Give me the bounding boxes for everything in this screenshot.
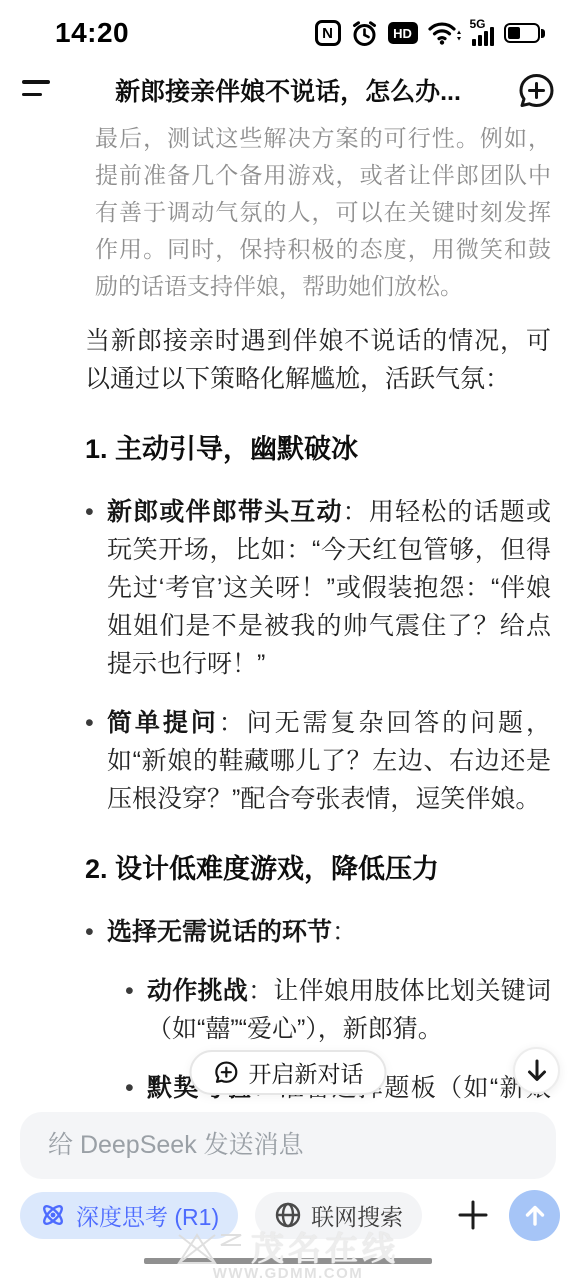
status-time: 14:20 xyxy=(55,17,129,49)
deep-think-label: 深度思考 (R1) xyxy=(76,1199,219,1232)
menu-icon[interactable] xyxy=(22,80,52,100)
bullet-dot: • xyxy=(125,1069,147,1105)
new-chat-bubble-icon[interactable] xyxy=(514,69,558,113)
message-input-bar xyxy=(20,1112,556,1179)
new-chat-label: 开启新对话 xyxy=(249,1056,364,1089)
deep-think-toggle[interactable]: 深度思考 (R1) xyxy=(20,1192,238,1239)
atom-icon xyxy=(39,1201,67,1229)
status-icons: N HD xyxy=(315,20,546,47)
battery-icon xyxy=(504,23,546,43)
wifi-icon xyxy=(428,20,462,46)
new-chat-bubble-icon xyxy=(213,1059,240,1086)
chat-title: 新郎接亲伴娘不说话，怎么办... xyxy=(0,72,576,108)
reasoning-block: 最后，测试这些解决方案的可行性。例如，提前准备几个备用游戏，或者让伴郎团队中有善… xyxy=(85,120,551,305)
bullet-dot: • xyxy=(125,972,147,1048)
section-1-heading: 1. 主动引导，幽默破冰 xyxy=(85,431,551,467)
new-chat-button[interactable]: 开启新对话 xyxy=(190,1050,387,1095)
web-search-toggle[interactable]: 联网搜索 xyxy=(255,1192,422,1239)
bullet-dot: • xyxy=(85,493,107,683)
app-header: 新郎接亲伴娘不说话，怎么办... xyxy=(0,60,576,120)
watermark-url: WWW.GDMM.COM xyxy=(128,1265,448,1280)
sub-list-item: • 动作挑战：让伴娘用肢体比划关键词（如“囍”“爱心”），新郎猜。 xyxy=(125,972,551,1048)
nfc-icon: N xyxy=(315,20,341,46)
attach-plus-icon[interactable] xyxy=(453,1195,493,1235)
message-input[interactable] xyxy=(20,1112,556,1179)
bullet-dot: • xyxy=(85,704,107,818)
up-arrow-icon xyxy=(522,1202,548,1228)
scroll-to-bottom-button[interactable] xyxy=(513,1047,560,1094)
bullet-dot: • xyxy=(85,913,107,951)
web-search-label: 联网搜索 xyxy=(311,1199,403,1232)
answer-intro: 当新郎接亲时遇到伴娘不说话的情况，可以通过以下策略化解尴尬，活跃气氛： xyxy=(85,322,551,398)
list-item: • 简单提问：问无需复杂回答的问题，如“新娘的鞋藏哪儿了？左边、右边还是压根没穿… xyxy=(85,704,551,818)
cellular-signal-icon: 5G xyxy=(472,20,494,46)
alarm-clock-icon xyxy=(351,20,378,47)
globe-icon xyxy=(274,1201,302,1229)
composer-toolbar: 深度思考 (R1) 联网搜索 xyxy=(20,1190,560,1240)
section-2-heading: 2. 设计低难度游戏，降低压力 xyxy=(85,851,551,887)
assistant-message: 最后，测试这些解决方案的可行性。例如，提前准备几个备用游戏，或者让伴郎团队中有善… xyxy=(85,120,551,1105)
status-bar: 14:20 N HD xyxy=(0,0,576,60)
list-item: • 新郎或伴郎带头互动：用轻松的话题或玩笑开场，比如：“今天红包管够，但得先过‘… xyxy=(85,493,551,683)
down-arrow-icon xyxy=(524,1058,550,1084)
phone-screen: 14:20 N HD xyxy=(0,0,576,1280)
hd-voice-icon: HD xyxy=(388,22,418,44)
watermark-bar xyxy=(144,1258,432,1264)
send-button[interactable] xyxy=(509,1190,560,1241)
list-item: • 选择无需说话的环节： xyxy=(85,913,551,951)
